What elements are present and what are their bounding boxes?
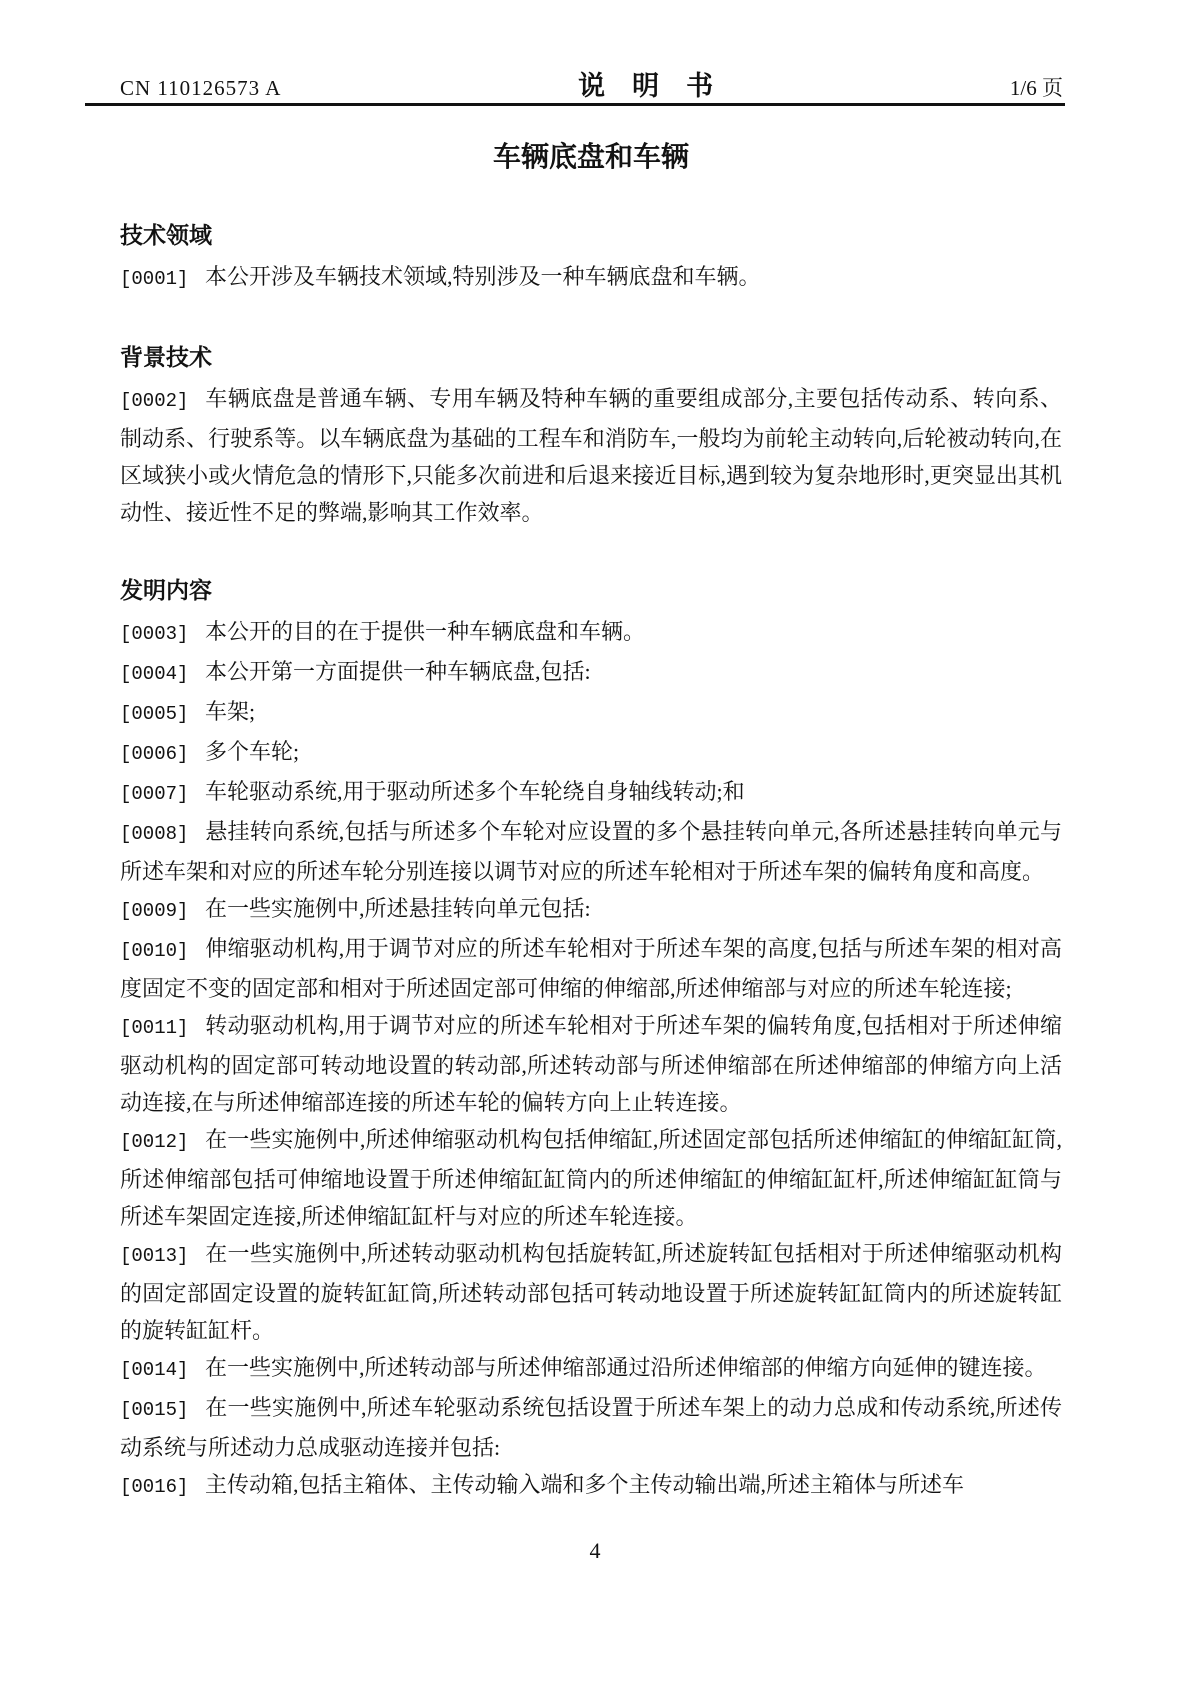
paragraph: [0012]在一些实施例中,所述伸缩驱动机构包括伸缩缸,所述固定部包括所述伸缩缸…: [120, 1121, 1062, 1235]
paragraph-number: [0004]: [120, 656, 205, 693]
paragraph-text: 在一些实施例中,所述转动驱动机构包括旋转缸,所述旋转缸包括相对于所述伸缩驱动机构…: [120, 1241, 1062, 1343]
paragraph: [0010]伸缩驱动机构,用于调节对应的所述车轮相对于所述车架的高度,包括与所述…: [120, 930, 1062, 1007]
paragraph-text: 车辆底盘是普通车辆、专用车辆及特种车辆的重要组成部分,主要包括传动系、转向系、制…: [120, 386, 1062, 525]
invention-title: 车辆底盘和车辆: [120, 138, 1062, 176]
paragraph: [0001]本公开涉及车辆技术领域,特别涉及一种车辆底盘和车辆。: [120, 258, 1062, 298]
paragraph: [0003]本公开的目的在于提供一种车辆底盘和车辆。: [120, 613, 1062, 653]
page-header: CN 110126573 A 说 明 书 1/6 页: [120, 64, 1063, 103]
section-heading: 发明内容: [120, 575, 1062, 605]
paragraph-text: 转动驱动机构,用于调节对应的所述车轮相对于所述车架的偏转角度,包括相对于所述伸缩…: [120, 1013, 1062, 1115]
paragraph-text: 本公开涉及车辆技术领域,特别涉及一种车辆底盘和车辆。: [205, 264, 761, 289]
paragraph-number: [0001]: [120, 261, 205, 298]
paragraph: [0006]多个车轮;: [120, 733, 1062, 773]
paragraph: [0014]在一些实施例中,所述转动部与所述伸缩部通过沿所述伸缩部的伸缩方向延伸…: [120, 1349, 1062, 1389]
paragraph-number: [0005]: [120, 696, 205, 733]
section-heading: 背景技术: [120, 342, 1062, 372]
patent-specification-page: CN 110126573 A 说 明 书 1/6 页 车辆底盘和车辆 技术领域[…: [0, 0, 1190, 1684]
paragraph-text: 车轮驱动系统,用于驱动所述多个车轮绕自身轴线转动;和: [205, 779, 745, 804]
paragraph: [0016]主传动箱,包括主箱体、主传动输入端和多个主传动输出端,所述主箱体与所…: [120, 1466, 1062, 1506]
paragraph-text: 在一些实施例中,所述车轮驱动系统包括设置于所述车架上的动力总成和传动系统,所述传…: [120, 1395, 1062, 1460]
section-heading: 技术领域: [120, 220, 1062, 250]
page-footer: 4: [0, 1538, 1190, 1564]
paragraph-text: 多个车轮;: [205, 739, 299, 764]
section: 技术领域[0001]本公开涉及车辆技术领域,特别涉及一种车辆底盘和车辆。: [120, 220, 1062, 298]
paragraph-text: 本公开第一方面提供一种车辆底盘,包括:: [205, 659, 591, 684]
page-indicator: 1/6 页: [1010, 72, 1063, 102]
paragraph-text: 悬挂转向系统,包括与所述多个车轮对应设置的多个悬挂转向单元,各所述悬挂转向单元与…: [120, 819, 1062, 884]
paragraph-number: [0002]: [120, 383, 205, 420]
page-number: 4: [590, 1538, 601, 1563]
paragraph: [0015]在一些实施例中,所述车轮驱动系统包括设置于所述车架上的动力总成和传动…: [120, 1389, 1062, 1466]
paragraph-text: 在一些实施例中,所述转动部与所述伸缩部通过沿所述伸缩部的伸缩方向延伸的键连接。: [205, 1355, 1047, 1380]
paragraph-text: 在一些实施例中,所述伸缩驱动机构包括伸缩缸,所述固定部包括所述伸缩缸的伸缩缸缸筒…: [120, 1127, 1062, 1229]
paragraph-text: 在一些实施例中,所述悬挂转向单元包括:: [205, 896, 591, 921]
paragraph-number: [0009]: [120, 893, 205, 930]
paragraph: [0009]在一些实施例中,所述悬挂转向单元包括:: [120, 890, 1062, 930]
paragraph: [0002]车辆底盘是普通车辆、专用车辆及特种车辆的重要组成部分,主要包括传动系…: [120, 380, 1062, 531]
paragraph-number: [0003]: [120, 616, 205, 653]
publication-number: CN 110126573 A: [120, 76, 281, 101]
document-body: 技术领域[0001]本公开涉及车辆技术领域,特别涉及一种车辆底盘和车辆。背景技术…: [120, 220, 1062, 1506]
paragraph-number: [0011]: [120, 1010, 205, 1047]
paragraph-number: [0010]: [120, 933, 205, 970]
paragraph-number: [0008]: [120, 816, 205, 853]
paragraph-text: 伸缩驱动机构,用于调节对应的所述车轮相对于所述车架的高度,包括与所述车架的相对高…: [120, 936, 1062, 1001]
paragraph-text: 车架;: [205, 699, 255, 724]
paragraph: [0008]悬挂转向系统,包括与所述多个车轮对应设置的多个悬挂转向单元,各所述悬…: [120, 813, 1062, 890]
paragraph-number: [0012]: [120, 1124, 205, 1161]
paragraph-number: [0006]: [120, 736, 205, 773]
section: 发明内容[0003]本公开的目的在于提供一种车辆底盘和车辆。[0004]本公开第…: [120, 575, 1062, 1506]
paragraph-text: 主传动箱,包括主箱体、主传动输入端和多个主传动输出端,所述主箱体与所述车: [205, 1472, 964, 1497]
section: 背景技术[0002]车辆底盘是普通车辆、专用车辆及特种车辆的重要组成部分,主要包…: [120, 342, 1062, 531]
paragraph: [0007]车轮驱动系统,用于驱动所述多个车轮绕自身轴线转动;和: [120, 773, 1062, 813]
paragraph: [0013]在一些实施例中,所述转动驱动机构包括旋转缸,所述旋转缸包括相对于所述…: [120, 1235, 1062, 1349]
paragraph: [0004]本公开第一方面提供一种车辆底盘,包括:: [120, 653, 1062, 693]
paragraph: [0011]转动驱动机构,用于调节对应的所述车轮相对于所述车架的偏转角度,包括相…: [120, 1007, 1062, 1121]
document-content: 车辆底盘和车辆 技术领域[0001]本公开涉及车辆技术领域,特别涉及一种车辆底盘…: [120, 128, 1062, 1506]
paragraph-text: 本公开的目的在于提供一种车辆底盘和车辆。: [205, 619, 645, 644]
paragraph-number: [0007]: [120, 776, 205, 813]
header-divider: [85, 103, 1065, 106]
paragraph-number: [0014]: [120, 1352, 205, 1389]
paragraph-number: [0013]: [120, 1238, 205, 1275]
paragraph: [0005]车架;: [120, 693, 1062, 733]
paragraph-number: [0015]: [120, 1392, 205, 1429]
document-type-title: 说 明 书: [281, 64, 1010, 103]
paragraph-number: [0016]: [120, 1469, 205, 1506]
